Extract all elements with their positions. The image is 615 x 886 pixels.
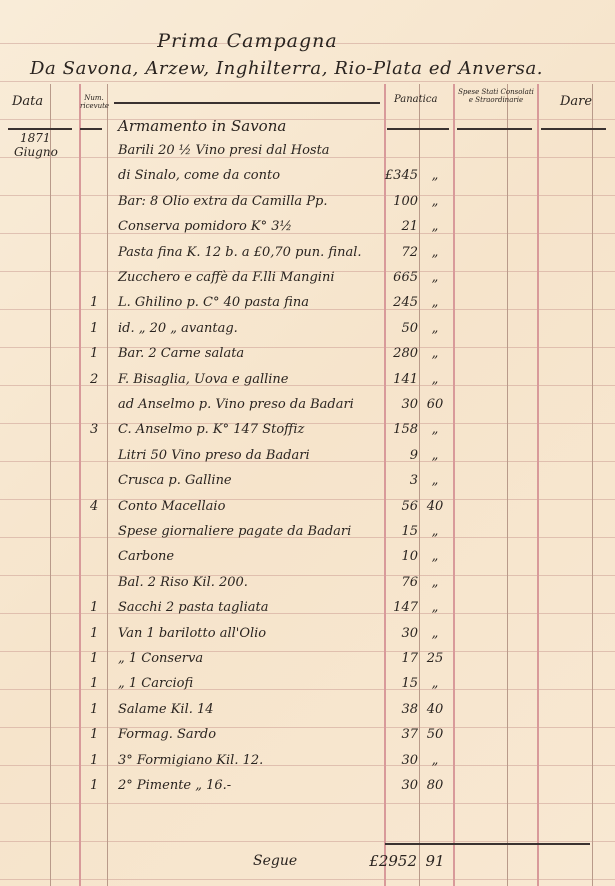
footer-label: Segue: [253, 853, 297, 869]
row-amount-cent: 40: [420, 499, 450, 514]
row-description: Bar: 8 Olio extra da Camilla Pp.: [118, 194, 328, 209]
row-description: Formag. Sardo: [118, 727, 216, 742]
row-amount-cent: 60: [420, 397, 450, 412]
row-description: Salame Kil. 14: [118, 702, 214, 717]
header-rule: [541, 128, 606, 130]
row-amount-cent: „: [420, 219, 450, 234]
row-description: C. Anselmo p. K° 147 Stoffiz: [118, 422, 304, 437]
row-amount-cent: „: [420, 473, 450, 488]
row-amount-lire: 50: [383, 321, 418, 336]
header-receipts: Num. ricevute: [80, 94, 108, 110]
row-amount-lire: 76: [383, 575, 418, 590]
date-month: Giugno: [14, 145, 58, 159]
row-amount-lire: 72: [383, 245, 418, 260]
row-quantity: 1: [90, 600, 108, 615]
row-description: Barili 20 ½ Vino presi dal Hosta: [118, 143, 330, 158]
header-rule: [387, 128, 449, 130]
header-date: Data: [12, 94, 43, 109]
header-dare: Dare: [560, 94, 592, 109]
row-amount-cent: „: [420, 575, 450, 590]
row-amount-lire: 141: [383, 372, 418, 387]
rule-line: [79, 84, 81, 886]
row-description: 3° Formigiano Kil. 12.: [118, 753, 263, 768]
row-quantity: 1: [90, 676, 108, 691]
row-amount-lire: 245: [383, 295, 418, 310]
row-amount-cent: „: [420, 524, 450, 539]
row-amount-cent: „: [420, 295, 450, 310]
row-amount-lire: £345: [383, 168, 418, 183]
row-amount-cent: „: [420, 168, 450, 183]
row-quantity: 1: [90, 778, 108, 793]
row-amount-cent: „: [420, 245, 450, 260]
rule-line: [537, 84, 539, 886]
section-heading: Armamento in Savona: [118, 117, 286, 135]
row-description: Pasta fina K. 12 b. a £0,70 pun. final.: [118, 245, 362, 260]
rule-line: [592, 84, 593, 886]
row-description: di Sinalo, come da conto: [118, 168, 280, 183]
row-quantity: 1: [90, 702, 108, 717]
row-amount-cent: „: [420, 321, 450, 336]
rule-line: [507, 84, 508, 886]
row-amount-lire: 665: [383, 270, 418, 285]
row-quantity: 1: [90, 651, 108, 666]
row-amount-cent: „: [420, 448, 450, 463]
total-rule: [385, 843, 590, 845]
row-description: Crusca p. Galline: [118, 473, 232, 488]
row-description: F. Bisaglia, Uova e galline: [118, 372, 289, 387]
header-panatica: Panatica: [394, 94, 437, 105]
date-year: 1871: [20, 131, 51, 145]
row-amount-lire: 15: [383, 524, 418, 539]
row-description: Sacchi 2 pasta tagliata: [118, 600, 268, 615]
row-amount-lire: 30: [383, 626, 418, 641]
row-amount-lire: 30: [383, 397, 418, 412]
row-amount-cent: „: [420, 194, 450, 209]
page-title: Prima Campagna: [0, 30, 615, 52]
row-amount-cent: 80: [420, 778, 450, 793]
row-description: Van 1 barilotto all'Olio: [118, 626, 266, 641]
row-amount-lire: 38: [383, 702, 418, 717]
header-rule: [80, 128, 102, 130]
row-amount-cent: 50: [420, 727, 450, 742]
rule-line: [453, 84, 455, 886]
row-amount-lire: 15: [383, 676, 418, 691]
header-spese: Spese Stati Consolati e Straordinarie: [456, 88, 536, 104]
row-amount-lire: 100: [383, 194, 418, 209]
row-description: Carbone: [118, 549, 174, 564]
row-description: Zucchero e caffè da F.lli Mangini: [118, 270, 334, 285]
row-amount-cent: 40: [420, 702, 450, 717]
row-amount-lire: 30: [383, 753, 418, 768]
row-amount-lire: 9: [383, 448, 418, 463]
row-amount-lire: 21: [383, 219, 418, 234]
row-description: L. Ghilino p. C° 40 pasta fina: [118, 295, 309, 310]
row-description: 2° Pimente „ 16.-: [118, 778, 231, 793]
header-rule: [114, 102, 380, 104]
row-amount-lire: 10: [383, 549, 418, 564]
row-amount-lire: 280: [383, 346, 418, 361]
row-quantity: 1: [90, 727, 108, 742]
row-amount-cent: „: [420, 626, 450, 641]
row-amount-lire: 147: [383, 600, 418, 615]
row-description: Litri 50 Vino preso da Badari: [118, 448, 310, 463]
total-cent: 91: [420, 852, 450, 870]
row-quantity: 4: [90, 499, 108, 514]
row-amount-cent: „: [420, 753, 450, 768]
row-amount-lire: 30: [383, 778, 418, 793]
row-amount-cent: „: [420, 549, 450, 564]
row-amount-cent: „: [420, 676, 450, 691]
row-description: ad Anselmo p. Vino preso da Badari: [118, 397, 354, 412]
row-quantity: 1: [90, 295, 108, 310]
row-amount-cent: „: [420, 270, 450, 285]
row-amount-cent: „: [420, 346, 450, 361]
row-quantity: 1: [90, 321, 108, 336]
page-subtitle: Da Savona, Arzew, Inghilterra, Rio-Plata…: [30, 58, 543, 79]
row-amount-cent: „: [420, 422, 450, 437]
row-quantity: 1: [90, 346, 108, 361]
header-rule: [8, 128, 72, 130]
total-lire: £2952: [352, 852, 417, 870]
row-amount-lire: 17: [383, 651, 418, 666]
row-amount-cent: 25: [420, 651, 450, 666]
row-quantity: 1: [90, 626, 108, 641]
row-amount-lire: 37: [383, 727, 418, 742]
row-amount-cent: „: [420, 600, 450, 615]
row-description: Bal. 2 Riso Kil. 200.: [118, 575, 248, 590]
row-amount-lire: 158: [383, 422, 418, 437]
row-description: Conserva pomidoro K° 3½: [118, 219, 292, 234]
row-description: „ 1 Carciofi: [118, 676, 193, 691]
row-description: id. „ 20 „ avantag.: [118, 321, 238, 336]
header-rule: [457, 128, 532, 130]
rule-line: [50, 84, 51, 886]
row-quantity: 1: [90, 753, 108, 768]
row-amount-lire: 3: [383, 473, 418, 488]
row-amount-lire: 56: [383, 499, 418, 514]
row-amount-cent: „: [420, 372, 450, 387]
row-description: Spese giornaliere pagate da Badari: [118, 524, 351, 539]
row-quantity: 3: [90, 422, 108, 437]
row-quantity: 2: [90, 372, 108, 387]
row-description: Conto Macellaio: [118, 499, 225, 514]
row-description: Bar. 2 Carne salata: [118, 346, 244, 361]
row-description: „ 1 Conserva: [118, 651, 203, 666]
